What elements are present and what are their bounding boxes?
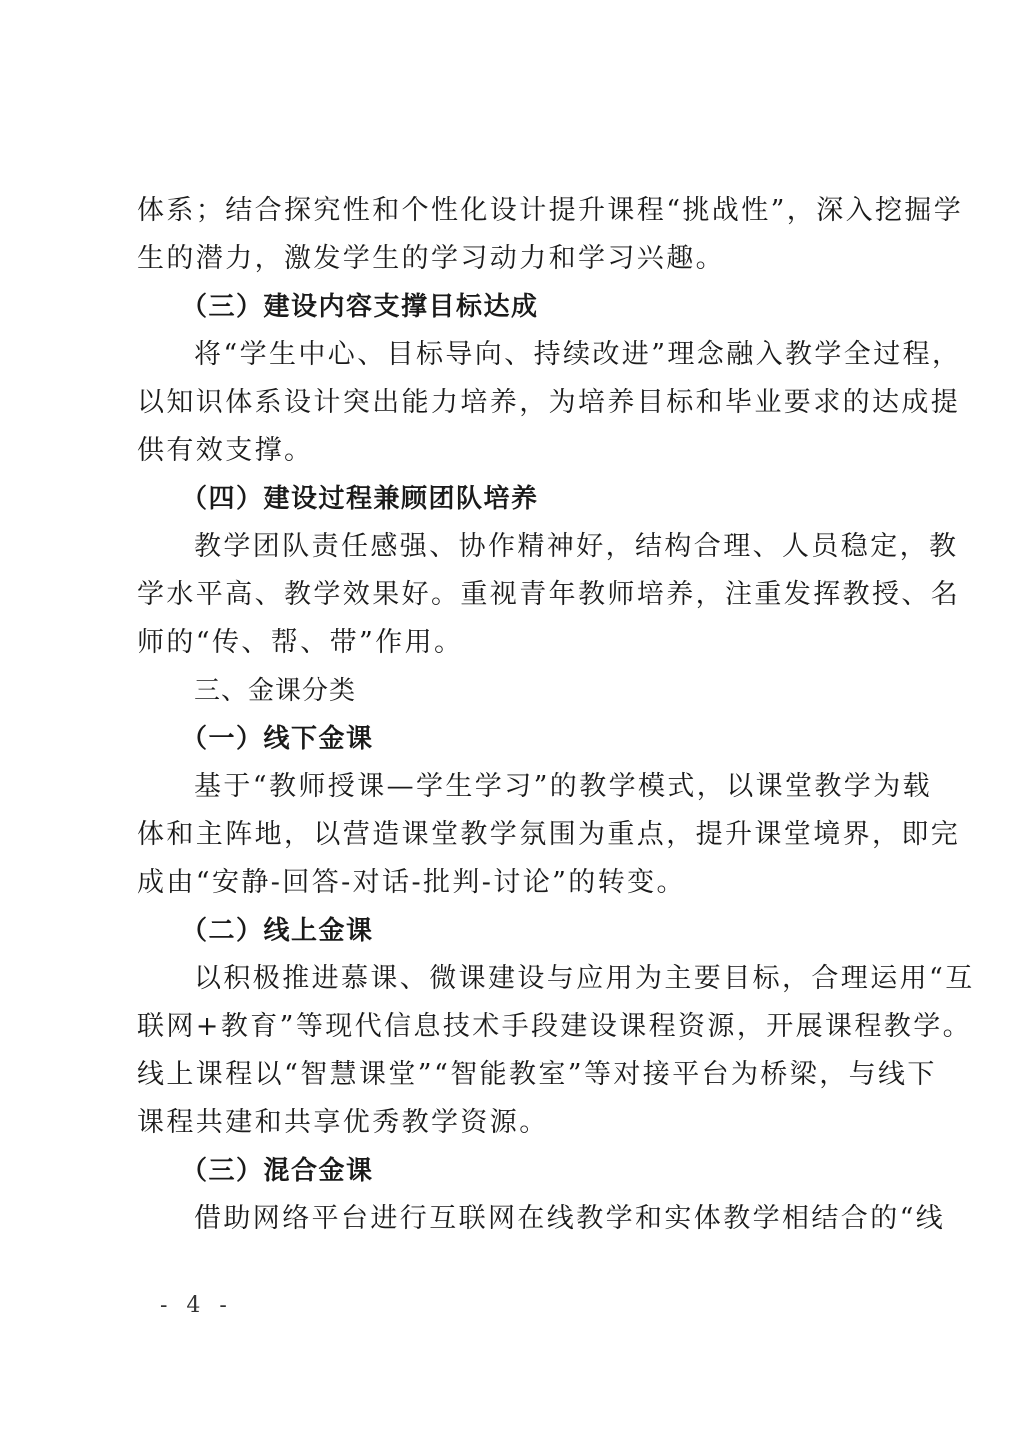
paragraph-line: 线上课程以“智慧课堂”“智能教室”等对接平台为桥梁，与线下 [137, 1051, 899, 1099]
paragraph-line: 教学团队责任感强、协作精神好，结构合理、人员稳定，教 [137, 523, 899, 571]
paragraph-line: 成由“安静-回答-对话-批判-讨论”的转变。 [137, 859, 899, 907]
section-heading-golden-course-categories: 三、金课分类 [137, 667, 899, 715]
paragraph-line: 借助网络平台进行互联网在线教学和实体教学相结合的“线 [137, 1195, 899, 1243]
paragraph-line: 体系；结合探究性和个性化设计提升课程“挑战性”，深入挖掘学 [137, 187, 899, 235]
document-page: 体系；结合探究性和个性化设计提升课程“挑战性”，深入挖掘学 生的潜力，激发学生的… [0, 0, 1024, 1448]
subheading-team-building: （四）建设过程兼顾团队培养 [137, 475, 899, 523]
paragraph-line: 课程共建和共享优秀教学资源。 [137, 1099, 899, 1147]
paragraph-line: 联网+教育”等现代信息技术手段建设课程资源，开展课程教学。 [137, 1003, 899, 1051]
paragraph-line: 学水平高、教学效果好。重视青年教师培养，注重发挥教授、名 [137, 571, 899, 619]
paragraph-line: 供有效支撑。 [137, 427, 899, 475]
subheading-content-supports-goals: （三）建设内容支撑目标达成 [137, 283, 899, 331]
paragraph-line: 以积极推进慕课、微课建设与应用为主要目标，合理运用“互 [137, 955, 899, 1003]
paragraph-line: 基于“教师授课—学生学习”的教学模式，以课堂教学为载 [137, 763, 899, 811]
paragraph-line: 生的潜力，激发学生的学习动力和学习兴趣。 [137, 235, 899, 283]
subheading-offline-golden-course: （一）线下金课 [137, 715, 899, 763]
subheading-blended-golden-course: （三）混合金课 [137, 1147, 899, 1195]
page-number: - 4 - [160, 1293, 233, 1318]
paragraph-line: 体和主阵地，以营造课堂教学氛围为重点，提升课堂境界，即完 [137, 811, 899, 859]
paragraph-line: 以知识体系设计突出能力培养，为培养目标和毕业要求的达成提 [137, 379, 899, 427]
subheading-online-golden-course: （二）线上金课 [137, 907, 899, 955]
page-body: 体系；结合探究性和个性化设计提升课程“挑战性”，深入挖掘学 生的潜力，激发学生的… [137, 187, 899, 1243]
paragraph-line: 将“学生中心、目标导向、持续改进”理念融入教学全过程， [137, 331, 899, 379]
paragraph-line: 师的“传、帮、带”作用。 [137, 619, 899, 667]
